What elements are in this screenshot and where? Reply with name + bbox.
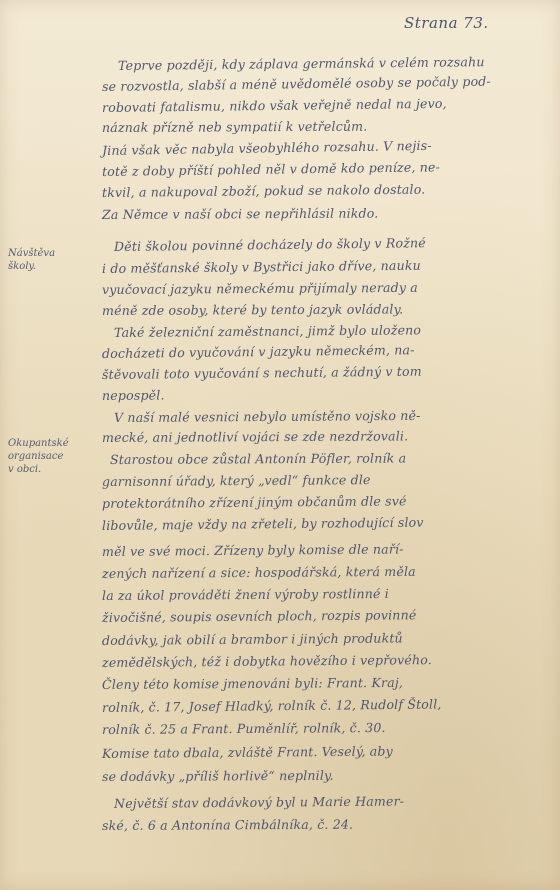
text-line: Za Němce v naší obci se nepřihlásil nikd… bbox=[102, 205, 522, 222]
text-line: Členy této komise jmenováni byli: Frant.… bbox=[102, 674, 522, 692]
text-line: Děti školou povinné docházely do školy v… bbox=[114, 234, 534, 254]
text-line: protektorátního zřízení jiným občanům dl… bbox=[102, 492, 522, 511]
text-line: libovůle, maje vždy na zřeteli, by rozho… bbox=[102, 514, 522, 533]
text-line: Starostou obce zůstal Antonín Pöfler, ro… bbox=[110, 450, 530, 467]
text-line: se dodávky „příliš horlivě“ neplnily. bbox=[102, 767, 522, 784]
text-line: štěvovali toto vyučování s nechutí, a žá… bbox=[102, 363, 522, 382]
text-line: měl ve své moci. Zřízeny byly komise dle… bbox=[102, 540, 522, 559]
text-line: i do měšťanské školy v Bystřici jako dří… bbox=[102, 257, 522, 276]
text-line: méně zde osoby, které by tento jazyk ovl… bbox=[102, 301, 522, 318]
margin-note: Návštěvaškoly. bbox=[8, 247, 55, 273]
margin-note-line: v obci. bbox=[8, 463, 69, 476]
text-line: totě z doby příští pohled něl v domě kdo… bbox=[102, 158, 522, 179]
text-line: náznak přízně neb sympatií k vetřelcům. bbox=[102, 118, 522, 135]
text-line: tkvil, a nakupoval zboží, pokud se nakol… bbox=[102, 181, 522, 200]
text-line: robovati fatalismu, nikdo však veřejně n… bbox=[102, 95, 522, 115]
text-line: zených nařízení a sice: hospodářská, kte… bbox=[102, 563, 522, 581]
page-number: Strana 73. bbox=[404, 14, 489, 32]
text-line: zemědělských, též i dobytka hovězího i v… bbox=[102, 651, 522, 670]
margin-note-line: Okupantské bbox=[8, 437, 69, 450]
text-line: V naší malé vesnici nebylo umístěno vojs… bbox=[114, 407, 534, 425]
text-line: Teprve později, kdy záplava germánská v … bbox=[118, 54, 538, 73]
text-line: ské, č. 6 a Antonína Cimbálníka, č. 24. bbox=[102, 816, 522, 833]
text-line: Jiná však věc nabyla všeobyhlého rozsahu… bbox=[102, 136, 522, 158]
text-line: rolník č. 25 a Frant. Puměnlíř, rolník, … bbox=[102, 719, 522, 737]
margin-note-line: organisace bbox=[8, 450, 69, 463]
text-line: Největší stav dodávkový byl u Marie Hame… bbox=[114, 792, 534, 811]
text-line: dodávky, jak obilí a brambor i jiných pr… bbox=[102, 629, 522, 648]
text-line: živočišné, soupis osevních ploch, rozpis… bbox=[102, 606, 522, 625]
text-line: garnisonní úřady, který „vedl“ funkce dl… bbox=[102, 471, 522, 489]
text-line: Komise tato dbala, zvláště Frant. Veselý… bbox=[102, 742, 522, 761]
margin-note-line: školy. bbox=[8, 260, 55, 273]
text-line: nepospěl. bbox=[102, 384, 522, 403]
text-line: la za úkol prováděti žnení výroby rostli… bbox=[102, 585, 522, 603]
text-line: docházeti do vyučování v jazyku německém… bbox=[102, 341, 522, 361]
text-line: se rozvostla, slabší a méně uvědomělé os… bbox=[102, 73, 522, 94]
margin-note-line: Návštěva bbox=[8, 247, 55, 260]
text-line: rolník, č. 17, Josef Hladký, rolník č. 1… bbox=[102, 696, 522, 715]
margin-note: Okupantskéorganisacev obci. bbox=[8, 437, 69, 476]
chronicle-page: Strana 73. Návštěvaškoly.Okupantskéorgan… bbox=[0, 0, 560, 890]
text-line: vyučovací jazyku německému přijímaly ner… bbox=[102, 279, 522, 297]
text-line: Také železniční zaměstnanci, jimž bylo u… bbox=[114, 321, 534, 340]
text-line: mecké, ani jednotliví vojáci se zde nezd… bbox=[102, 428, 522, 445]
